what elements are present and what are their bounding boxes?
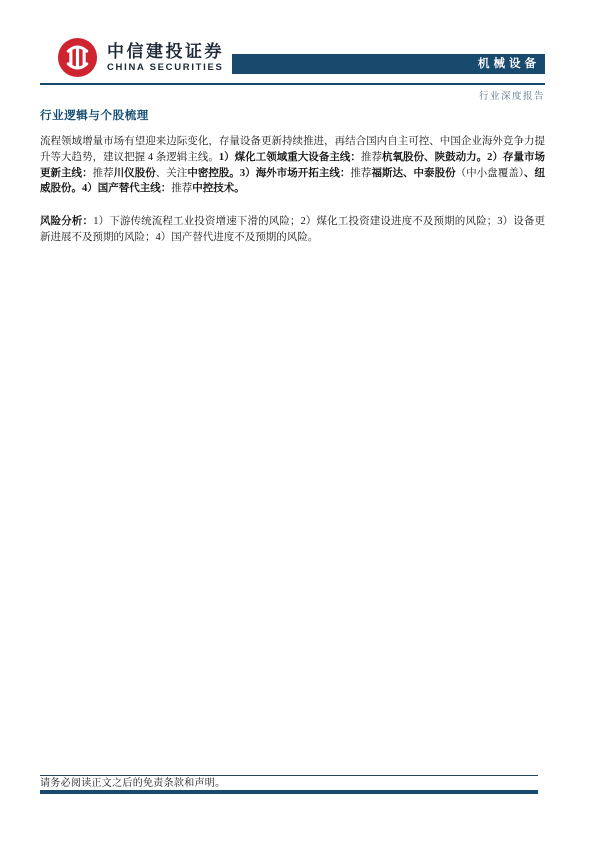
header-divider: [40, 83, 545, 85]
brand-logo-text: 中信建投证券 CHINA SECURITIES: [107, 42, 224, 73]
disclaimer-text: 请务必阅读正文之后的免责条款和声明。: [40, 777, 538, 790]
section-title: 行业逻辑与个股梳理: [40, 107, 545, 123]
risk-analysis-paragraph: 风险分析：1）下游传统流程工业投资增速下滑的风险；2）煤化工投资建设进度不及预期…: [40, 214, 545, 246]
report-page: 中信建投证券 CHINA SECURITIES 机械设备 行业深度报告 行业逻辑…: [0, 0, 595, 842]
citic-emblem-icon: [56, 36, 99, 79]
industry-logic-paragraph: 流程领域增量市场有望迎来边际变化，存量设备更新持续推进，再结合国内自主可控、中国…: [40, 134, 545, 197]
industry-category-badge: 机械设备: [232, 54, 545, 74]
brand-name-cn: 中信建投证券: [107, 42, 224, 62]
brand-name-en: CHINA SECURITIES: [107, 62, 224, 73]
footer-top-divider: [40, 775, 538, 776]
footer-bottom-divider: [40, 790, 538, 794]
brand-logo: 中信建投证券 CHINA SECURITIES: [56, 36, 224, 79]
report-body: 行业逻辑与个股梳理 流程领域增量市场有望迎来边际变化，存量设备更新持续推进，再结…: [40, 107, 545, 246]
report-type-label: 行业深度报告: [40, 88, 545, 102]
